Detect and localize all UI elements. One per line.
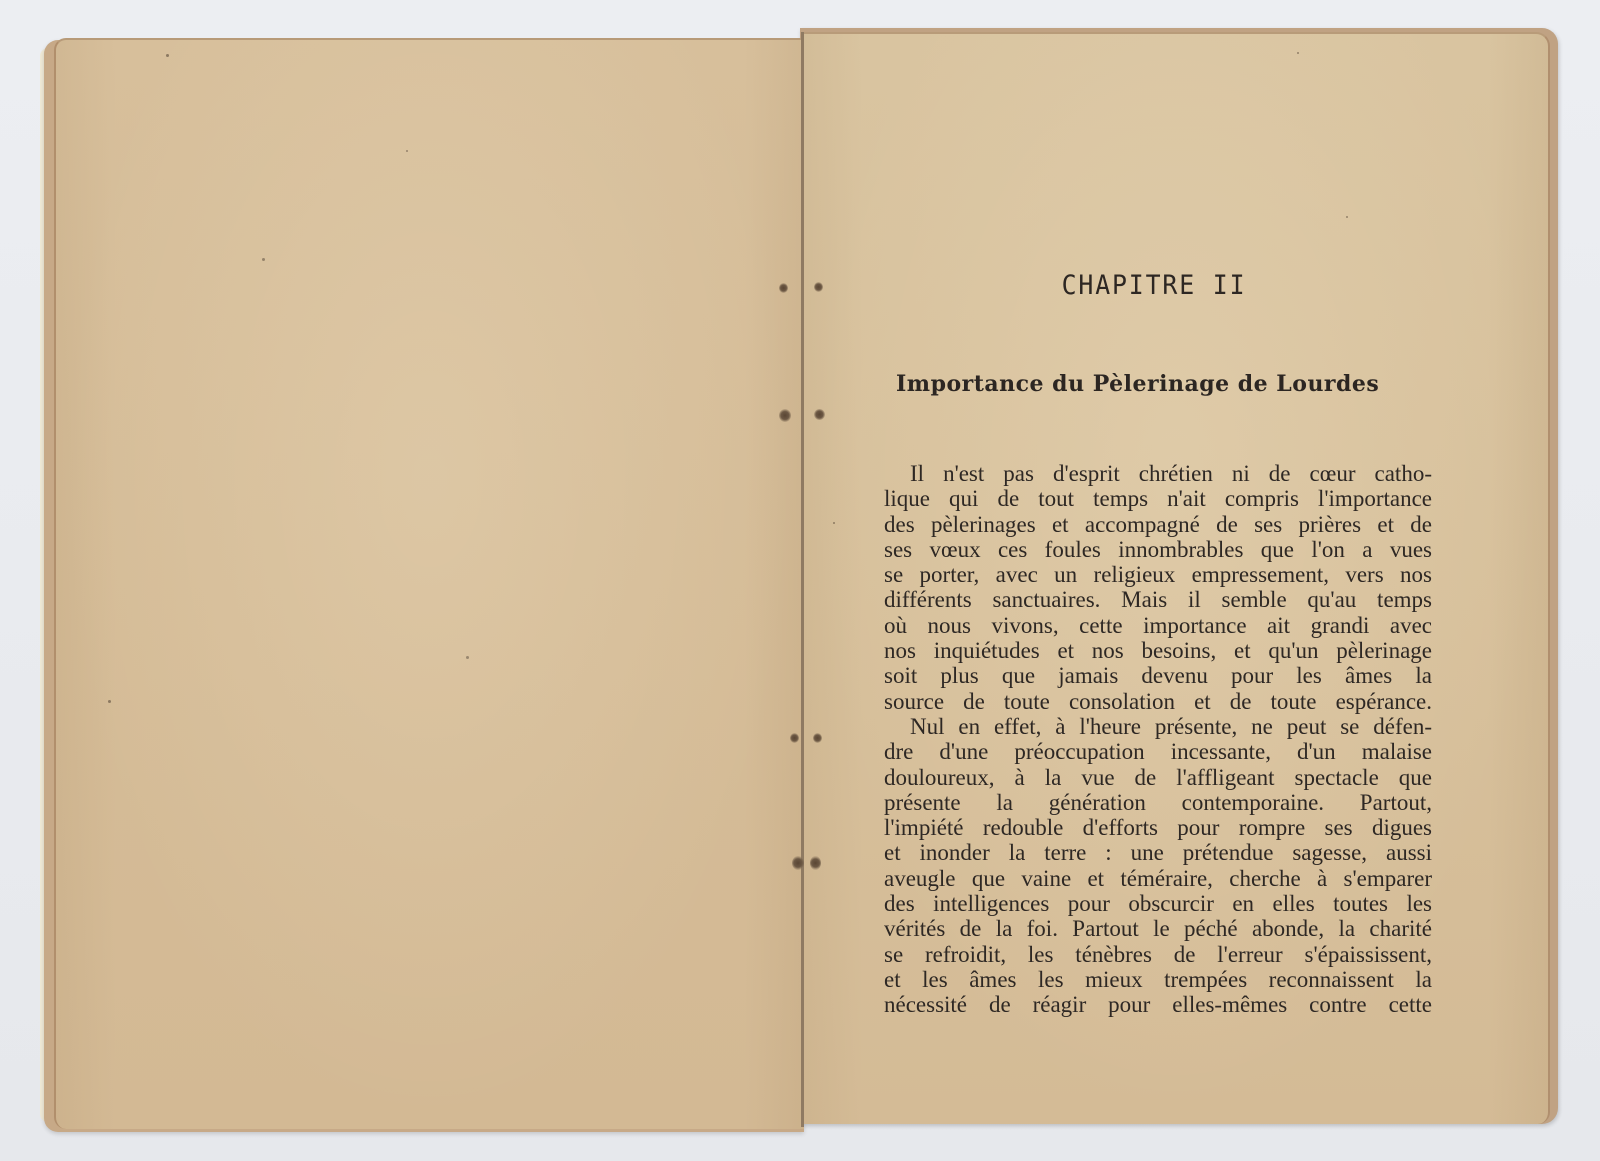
text-line: et inonder la terre : une prétendue sage… bbox=[884, 840, 1432, 865]
text-line: lique qui de tout temps n'ait compris l'… bbox=[884, 486, 1432, 511]
text-line: ses vœux ces foules innombrables que l'o… bbox=[884, 537, 1432, 562]
paragraph-2: Nul en effet, à l'heure présente, ne peu… bbox=[884, 714, 1444, 1018]
text-line: se porter, avec un religieux empressemen… bbox=[884, 562, 1432, 587]
text-line: des pèlerinages et accompagné de ses pri… bbox=[884, 512, 1432, 537]
paper-speck bbox=[108, 700, 111, 703]
paper-speck bbox=[833, 522, 835, 524]
text-line: différents sanctuaires. Mais il semble q… bbox=[884, 587, 1432, 612]
left-page bbox=[54, 38, 804, 1129]
book-gutter bbox=[801, 32, 804, 1127]
binding-hole bbox=[814, 409, 825, 420]
binding-hole bbox=[814, 282, 823, 292]
text-line: l'impiété redouble d'efforts pour rompre… bbox=[884, 815, 1432, 840]
text-line: nécessité de réagir pour elles-mêmes con… bbox=[884, 992, 1432, 1017]
text-line: présente la génération contemporaine. Pa… bbox=[884, 790, 1432, 815]
text-line: et les âmes les mieux trempées reconnais… bbox=[884, 967, 1432, 992]
text-line: des intelligences pour obscurcir en elle… bbox=[884, 891, 1432, 916]
binding-hole bbox=[779, 283, 788, 293]
paper-speck bbox=[262, 258, 265, 261]
paper-speck bbox=[466, 656, 469, 659]
text-line: se refroidit, les ténèbres de l'erreur s… bbox=[884, 942, 1432, 967]
chapter-heading: CHAPITRE II bbox=[970, 270, 1338, 301]
text-line: soit plus que jamais devenu pour les âme… bbox=[884, 663, 1432, 688]
text-line: nos inquiétudes et nos besoins, et qu'un… bbox=[884, 638, 1432, 663]
right-page-text: CHAPITRE II Importance du Pèlerinage de … bbox=[884, 270, 1444, 1018]
paper-speck bbox=[166, 54, 169, 57]
body-text: Il n'est pas d'esprit chrétien ni de cœu… bbox=[884, 461, 1444, 1018]
paragraph-1: Il n'est pas d'esprit chrétien ni de cœu… bbox=[884, 461, 1444, 714]
text-line: dre d'une préoccupation incessante, d'un… bbox=[884, 739, 1432, 764]
binding-hole bbox=[779, 409, 791, 422]
text-line: vérités de la foi. Partout le péché abon… bbox=[884, 916, 1432, 941]
paper-speck bbox=[1297, 52, 1299, 54]
text-line: Il n'est pas d'esprit chrétien ni de cœu… bbox=[884, 461, 1432, 486]
paper-speck bbox=[1346, 216, 1348, 218]
text-line: où nous vivons, cette importance ait gra… bbox=[884, 613, 1432, 638]
text-line: source de toute consolation et de toute … bbox=[884, 689, 1432, 714]
text-line: aveugle que vaine et téméraire, cherche … bbox=[884, 866, 1432, 891]
binding-hole bbox=[813, 733, 822, 743]
text-line: Nul en effet, à l'heure présente, ne peu… bbox=[884, 714, 1432, 739]
text-line: douloureux, à la vue de l'affligeant spe… bbox=[884, 765, 1432, 790]
binding-hole bbox=[810, 856, 821, 870]
paper-speck bbox=[406, 150, 408, 152]
binding-hole bbox=[790, 733, 799, 743]
section-title: Importance du Pèlerinage de Lourdes bbox=[896, 371, 1444, 397]
binding-hole bbox=[792, 856, 804, 870]
